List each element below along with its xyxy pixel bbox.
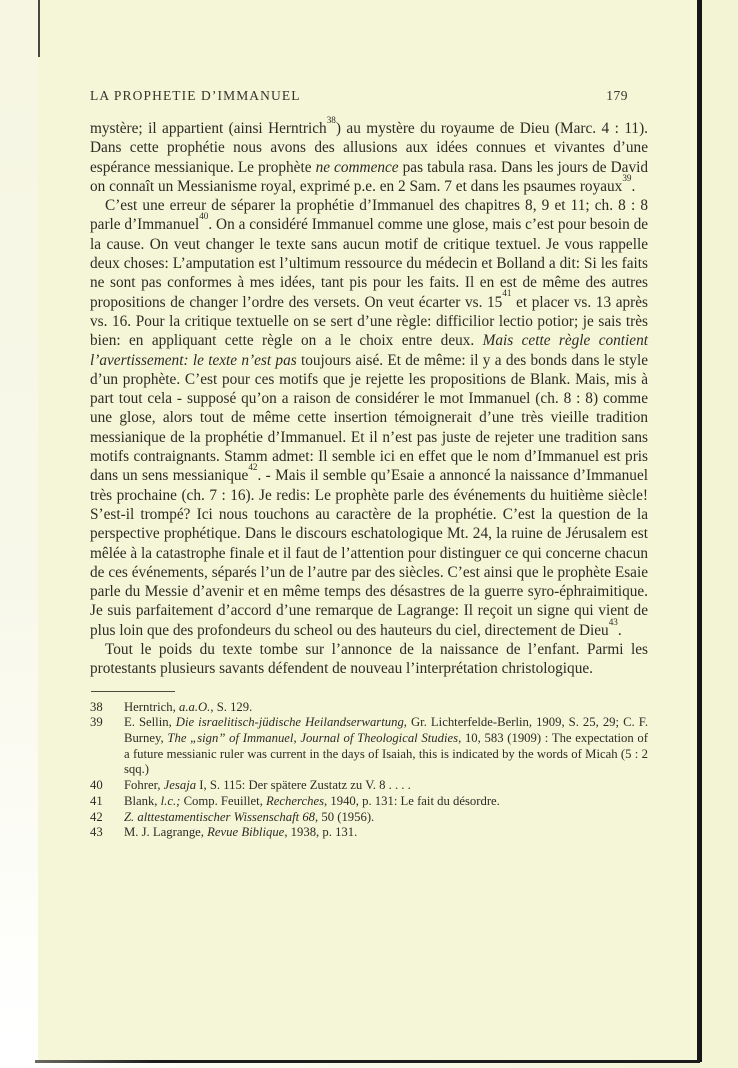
- running-head-title: LA PROPHETIE D’IMMANUEL: [90, 88, 301, 104]
- footnotes-section: 38Herntrich, a.a.O., S. 129.39E. Sellin,…: [90, 700, 648, 841]
- footnote-row: 38Herntrich, a.a.O., S. 129.: [90, 700, 648, 716]
- body-text: mystère; il appartient (ainsi Herntrich3…: [90, 119, 648, 679]
- footnote-ref: 40: [199, 211, 208, 221]
- footnote-ref: 42: [248, 462, 257, 472]
- footnote-number: 42: [90, 810, 124, 826]
- scanned-book-page: LA PROPHETIE D’IMMANUEL 179 mystère; il …: [0, 0, 738, 1068]
- footnote-number: 38: [90, 700, 124, 716]
- footnote-row: 41Blank, l.c.; Comp. Feuillet, Recherche…: [90, 794, 648, 810]
- adjacent-page-edge: [702, 0, 738, 1068]
- paragraph-3: Tout le poids du texte tombe sur l’annon…: [90, 640, 648, 679]
- footnote-text: M. J. Lagrange, Revue Biblique, 1938, p.…: [124, 825, 648, 841]
- footnote-text: Herntrich, a.a.O., S. 129.: [124, 700, 648, 716]
- footnote-ref: 39: [622, 173, 631, 183]
- footnote-number: 40: [90, 778, 124, 794]
- scan-bottom-margin: [0, 1063, 738, 1068]
- footnote-row: 43M. J. Lagrange, Revue Biblique, 1938, …: [90, 825, 648, 841]
- page-content: LA PROPHETIE D’IMMANUEL 179 mystère; il …: [90, 88, 648, 841]
- footnote-number: 43: [90, 825, 124, 841]
- gutter-line: [38, 0, 40, 57]
- page-number: 179: [606, 88, 628, 104]
- footnote-separator: [91, 691, 175, 692]
- footnote-text: E. Sellin, Die israelitisch-jüdische Hei…: [124, 715, 648, 778]
- footnote-row: 39E. Sellin, Die israelitisch-jüdische H…: [90, 715, 648, 778]
- footnote-number: 39: [90, 715, 124, 778]
- paragraph-2: C’est une erreur de séparer la prophétie…: [90, 196, 648, 640]
- footnote-ref: 38: [327, 115, 336, 125]
- footnote-text: Z. alttestamentischer Wissenschaft 68, 5…: [124, 810, 648, 826]
- running-head: LA PROPHETIE D’IMMANUEL 179: [90, 88, 648, 104]
- screenshot-root: { "page": { "header": { "title": "LA PRO…: [0, 0, 738, 1068]
- footnote-number: 41: [90, 794, 124, 810]
- footnote-text: Fohrer, Jesaja I, S. 115: Der spätere Zu…: [124, 778, 648, 794]
- footnote-ref: 43: [609, 617, 618, 627]
- footnote-row: 40Fohrer, Jesaja I, S. 115: Der spätere …: [90, 778, 648, 794]
- paragraph-1: mystère; il appartient (ainsi Herntrich3…: [90, 119, 648, 196]
- footnote-ref: 41: [502, 288, 511, 298]
- scan-left-margin: [0, 0, 38, 1068]
- footnote-text: Blank, l.c.; Comp. Feuillet, Recherches,…: [124, 794, 648, 810]
- footnote-row: 42Z. alttestamentischer Wissenschaft 68,…: [90, 810, 648, 826]
